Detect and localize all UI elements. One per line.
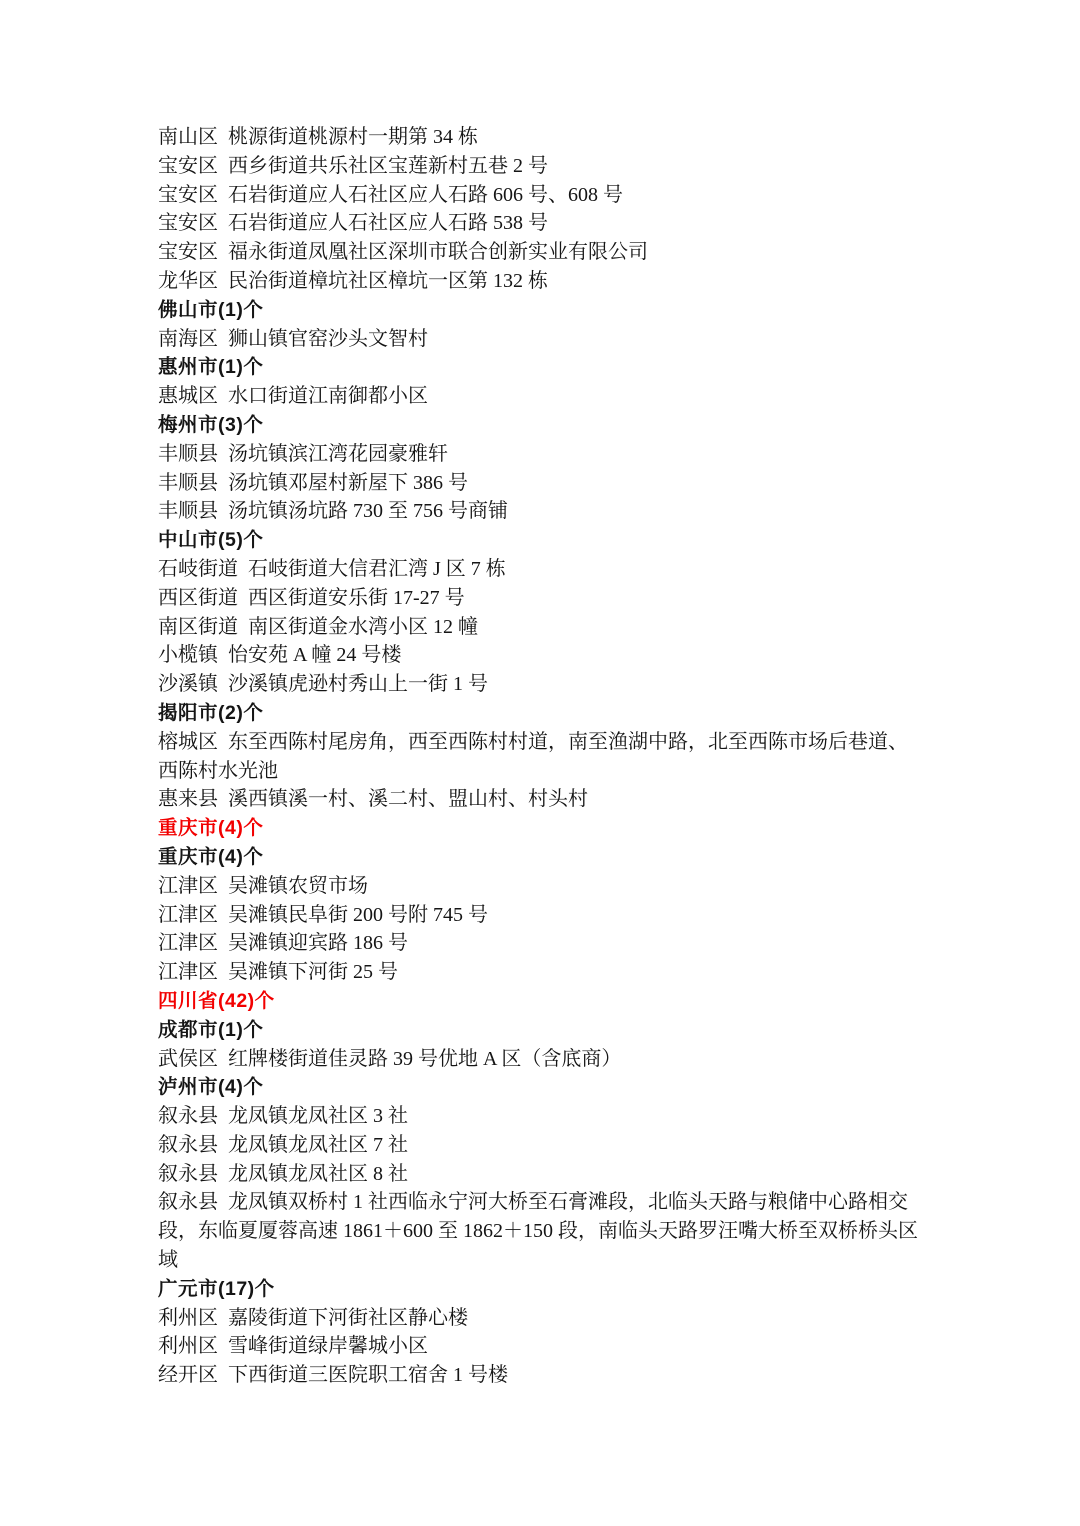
address-entry: 叙永县龙凤镇龙凤社区 3 社: [158, 1102, 922, 1131]
address-text: 怡安苑 A 幢 24 号楼: [228, 644, 401, 666]
region-name: 宝安区: [158, 184, 218, 206]
address-entry: 经开区下西街道三医院职工宿舍 1 号楼: [158, 1361, 922, 1390]
region-name: 南山区: [158, 126, 218, 148]
address-text: 汤坑镇滨江湾花园豪雅轩: [228, 443, 448, 465]
address-text: 吴滩镇民阜街 200 号附 745 号: [228, 904, 488, 926]
region-name: 惠城区: [158, 385, 218, 407]
address-entry: 小榄镇怡安苑 A 幢 24 号楼: [158, 641, 922, 670]
region-name: 宝安区: [158, 155, 218, 177]
address-text: 下西街道三医院职工宿舍 1 号楼: [228, 1364, 508, 1386]
region-name: 叙永县: [158, 1191, 218, 1213]
city-header: 梅州市(3)个: [158, 411, 922, 440]
address-entry: 南山区桃源街道桃源村一期第 34 栋: [158, 123, 922, 152]
address-entry: 丰顺县汤坑镇汤坑路 730 至 756 号商铺: [158, 497, 922, 526]
region-name: 叙永县: [158, 1163, 218, 1185]
address-text: 龙凤镇龙凤社区 8 社: [228, 1163, 408, 1185]
address-text: 龙凤镇龙凤社区 3 社: [228, 1105, 408, 1127]
region-name: 南区街道: [158, 616, 238, 638]
province-header: 重庆市(4)个: [158, 814, 922, 843]
address-text: 南区街道金水湾小区 12 幢: [248, 616, 478, 638]
address-entry: 榕城区东至西陈村尾房角，西至西陈村村道，南至渔湖中路，北至西陈市场后巷道、西陈村…: [158, 728, 922, 786]
address-entry: 丰顺县汤坑镇滨江湾花园豪雅轩: [158, 440, 922, 469]
address-text: 福永街道凤凰社区深圳市联合创新实业有限公司: [228, 241, 648, 263]
region-name: 小榄镇: [158, 644, 218, 666]
region-name: 江津区: [158, 904, 218, 926]
address-entry: 南区街道南区街道金水湾小区 12 幢: [158, 613, 922, 642]
address-text: 雪峰街道绿岸馨城小区: [228, 1335, 428, 1357]
address-text: 吴滩镇迎宾路 186 号: [228, 932, 408, 954]
region-name: 榕城区: [158, 731, 218, 753]
region-name: 经开区: [158, 1364, 218, 1386]
city-header: 佛山市(1)个: [158, 296, 922, 325]
address-text: 西乡街道共乐社区宝莲新村五巷 2 号: [228, 155, 548, 177]
region-name: 西区街道: [158, 587, 238, 609]
region-name: 叙永县: [158, 1105, 218, 1127]
region-name: 丰顺县: [158, 443, 218, 465]
address-text: 龙凤镇双桥村 1 社西临永宁河大桥至石膏滩段，北临头天路与粮储中心路相交段，东临…: [158, 1191, 918, 1271]
region-name: 利州区: [158, 1307, 218, 1329]
address-text: 桃源街道桃源村一期第 34 栋: [228, 126, 478, 148]
region-name: 江津区: [158, 932, 218, 954]
region-name: 龙华区: [158, 270, 218, 292]
city-header: 重庆市(4)个: [158, 843, 922, 872]
address-text: 东至西陈村尾房角，西至西陈村村道，南至渔湖中路，北至西陈市场后巷道、西陈村水光池: [158, 731, 908, 782]
address-text: 狮山镇官窑沙头文智村: [228, 328, 428, 350]
address-entry: 西区街道西区街道安乐街 17-27 号: [158, 584, 922, 613]
address-text: 西区街道安乐街 17-27 号: [248, 587, 465, 609]
address-text: 沙溪镇虎逊村秀山上一街 1 号: [228, 673, 488, 695]
address-text: 吴滩镇农贸市场: [228, 875, 368, 897]
region-name: 江津区: [158, 875, 218, 897]
address-entry: 丰顺县汤坑镇邓屋村新屋下 386 号: [158, 469, 922, 498]
address-text: 龙凤镇龙凤社区 7 社: [228, 1134, 408, 1156]
region-name: 南海区: [158, 328, 218, 350]
city-header: 泸州市(4)个: [158, 1073, 922, 1102]
address-entry: 利州区嘉陵街道下河街社区静心楼: [158, 1304, 922, 1333]
address-text: 民治街道樟坑社区樟坑一区第 132 栋: [228, 270, 548, 292]
address-text: 嘉陵街道下河街社区静心楼: [228, 1307, 468, 1329]
province-header: 四川省(42)个: [158, 987, 922, 1016]
region-name: 丰顺县: [158, 472, 218, 494]
address-entry: 南海区狮山镇官窑沙头文智村: [158, 325, 922, 354]
region-name: 武侯区: [158, 1048, 218, 1070]
address-entry: 江津区吴滩镇迎宾路 186 号: [158, 929, 922, 958]
address-text: 汤坑镇汤坑路 730 至 756 号商铺: [228, 500, 508, 522]
address-entry: 江津区吴滩镇农贸市场: [158, 872, 922, 901]
city-header: 广元市(17)个: [158, 1275, 922, 1304]
address-entry: 江津区吴滩镇民阜街 200 号附 745 号: [158, 901, 922, 930]
region-name: 江津区: [158, 961, 218, 983]
city-header: 惠州市(1)个: [158, 353, 922, 382]
address-entry: 利州区雪峰街道绿岸馨城小区: [158, 1332, 922, 1361]
region-name: 石岐街道: [158, 558, 238, 580]
address-entry: 叙永县龙凤镇龙凤社区 7 社: [158, 1131, 922, 1160]
address-text: 石岩街道应人石社区应人石路 606 号、608 号: [228, 184, 623, 206]
address-text: 石岐街道大信君汇湾 J 区 7 栋: [248, 558, 506, 580]
address-entry: 叙永县龙凤镇双桥村 1 社西临永宁河大桥至石膏滩段，北临头天路与粮储中心路相交段…: [158, 1188, 922, 1274]
address-entry: 龙华区民治街道樟坑社区樟坑一区第 132 栋: [158, 267, 922, 296]
address-text: 吴滩镇下河街 25 号: [228, 961, 398, 983]
region-name: 宝安区: [158, 212, 218, 234]
address-entry: 石岐街道石岐街道大信君汇湾 J 区 7 栋: [158, 555, 922, 584]
city-header: 成都市(1)个: [158, 1016, 922, 1045]
address-text: 溪西镇溪一村、溪二村、盟山村、村头村: [228, 788, 588, 810]
region-name: 丰顺县: [158, 500, 218, 522]
address-text: 红牌楼街道佳灵路 39 号优地 A 区（含底商）: [228, 1048, 621, 1070]
region-name: 惠来县: [158, 788, 218, 810]
address-entry: 惠来县溪西镇溪一村、溪二村、盟山村、村头村: [158, 785, 922, 814]
address-text: 石岩街道应人石社区应人石路 538 号: [228, 212, 548, 234]
address-entry: 惠城区水口街道江南御都小区: [158, 382, 922, 411]
address-entry: 宝安区石岩街道应人石社区应人石路 606 号、608 号: [158, 181, 922, 210]
address-text: 汤坑镇邓屋村新屋下 386 号: [228, 472, 468, 494]
address-entry: 武侯区红牌楼街道佳灵路 39 号优地 A 区（含底商）: [158, 1045, 922, 1074]
region-name: 叙永县: [158, 1134, 218, 1156]
city-header: 揭阳市(2)个: [158, 699, 922, 728]
document-page: 南山区桃源街道桃源村一期第 34 栋宝安区西乡街道共乐社区宝莲新村五巷 2 号宝…: [0, 0, 1080, 1526]
address-entry: 宝安区西乡街道共乐社区宝莲新村五巷 2 号: [158, 152, 922, 181]
address-entry: 沙溪镇沙溪镇虎逊村秀山上一街 1 号: [158, 670, 922, 699]
region-name: 利州区: [158, 1335, 218, 1357]
address-entry: 叙永县龙凤镇龙凤社区 8 社: [158, 1160, 922, 1189]
address-entry: 宝安区石岩街道应人石社区应人石路 538 号: [158, 209, 922, 238]
address-entry: 江津区吴滩镇下河街 25 号: [158, 958, 922, 987]
region-name: 沙溪镇: [158, 673, 218, 695]
address-text: 水口街道江南御都小区: [228, 385, 428, 407]
city-header: 中山市(5)个: [158, 526, 922, 555]
region-name: 宝安区: [158, 241, 218, 263]
address-entry: 宝安区福永街道凤凰社区深圳市联合创新实业有限公司: [158, 238, 922, 267]
